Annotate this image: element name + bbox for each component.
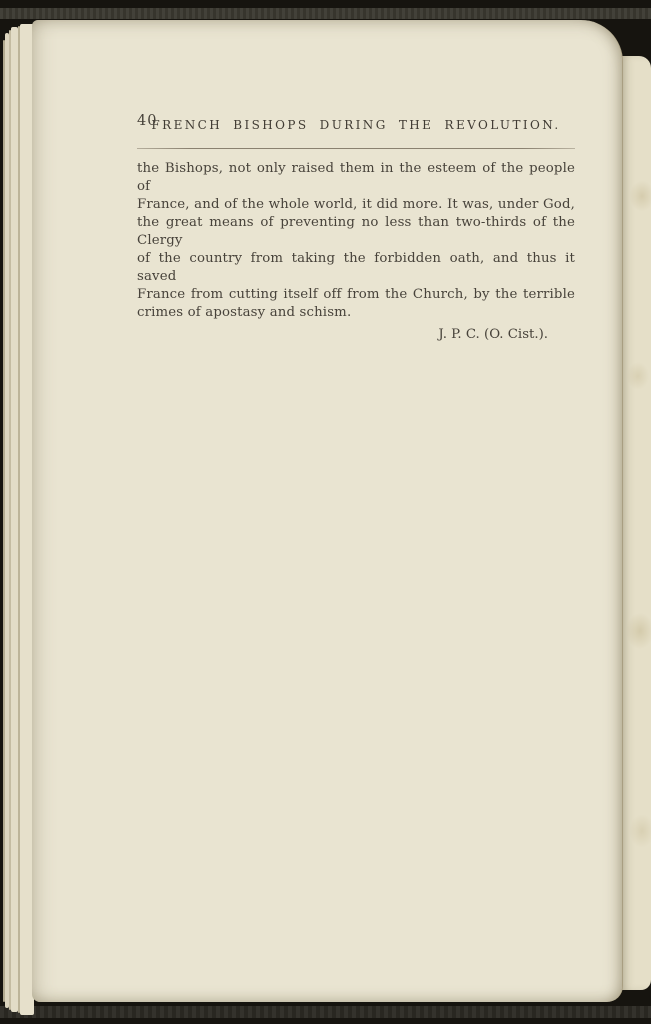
page-edge-stack bbox=[11, 27, 18, 1012]
page-number: 40 bbox=[137, 113, 157, 129]
next-page-sliver bbox=[620, 56, 651, 990]
cover-cloth-bottom bbox=[0, 1006, 651, 1018]
running-header-title: FRENCH BISHOPS DURING THE REVOLUTION. bbox=[151, 118, 560, 132]
cover-cloth-top bbox=[0, 8, 651, 19]
body-line: of the country from taking the forbidden… bbox=[137, 250, 575, 286]
book-scan: 40 FRENCH BISHOPS DURING THE REVOLUTION.… bbox=[0, 0, 651, 1024]
page-surface: 40 FRENCH BISHOPS DURING THE REVOLUTION.… bbox=[32, 20, 623, 1002]
signature: J. P. C. (O. Cist.). bbox=[137, 326, 548, 344]
running-header-row: 40 FRENCH BISHOPS DURING THE REVOLUTION. bbox=[137, 114, 575, 130]
body-line: the great means of preventing no less th… bbox=[137, 214, 575, 250]
page-content: 40 FRENCH BISHOPS DURING THE REVOLUTION.… bbox=[32, 20, 622, 1002]
body-line: France, and of the whole world, it did m… bbox=[137, 196, 575, 214]
body-line: France from cutting itself off from the … bbox=[137, 286, 575, 304]
body-line: crimes of apostasy and schism. bbox=[137, 304, 575, 322]
body-line: the Bishops, not only raised them in the… bbox=[137, 160, 575, 196]
header-rule bbox=[137, 148, 575, 149]
body-text: the Bishops, not only raised them in the… bbox=[137, 160, 575, 322]
